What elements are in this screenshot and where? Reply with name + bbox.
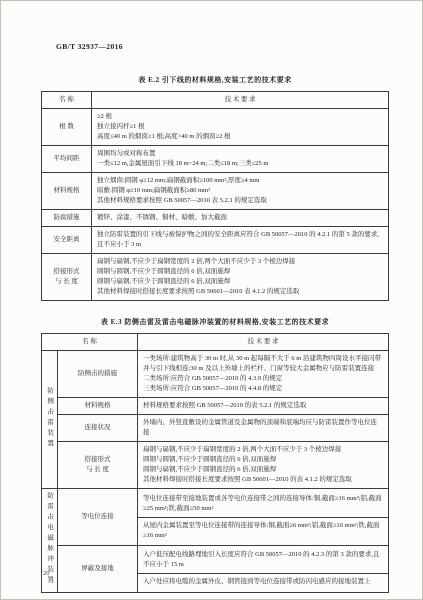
tech-subcell: 一类场所:建筑物高于 30 m 时,从 30 m 起每隔不大于 6 m 沿建筑物… [138, 351, 388, 397]
cell-line: 周围均匀或对称布置 [97, 149, 383, 159]
tech-subcell: 入户处应将电缆的金属外皮、钢管接到等电位连接带或防闪电感应的接地装置上 [138, 573, 388, 590]
tech-cell: 镀锌、涂漆、不锈钢、铜材、暗敷、加大截面 [92, 210, 389, 227]
row-name: 搭接形式 与 长 度 [42, 254, 92, 301]
page-number: 20 [43, 570, 50, 577]
table-row: 防腐措施镀锌、涂漆、不锈钢、铜材、暗敷、加大截面 [42, 210, 389, 227]
table-row: 材料规格材料规格要求按照 GB 50057—2010 的表 5.2.1 的规定选… [42, 398, 389, 415]
document-page: GB/T 32937—2016 表 E.2 引下线的材料规格,安装工艺的技术要求… [0, 0, 423, 600]
col-header-name: 名 称 [42, 334, 138, 351]
cell-line: 扁钢与扁钢,不应少于扁钢宽度的 2 倍,两个大面不应少于 3 个棱边焊接 [143, 445, 383, 455]
tech-subcell: ≥2 根独立接闪杆≥1 根高度≤40 m 的烟囱≥1 根;高度>40 m 的烟囱… [92, 109, 388, 145]
tech-subcell: 镀锌、涂漆、不锈钢、铜材、暗敷、加大截面 [92, 210, 388, 226]
cell-line: 其他材料焊接时搭接长度要求按照 GB 50601—2010 表 4.1.2 的规… [97, 287, 383, 297]
tech-subcell: 外墙内、外竖直敷设的金属管道及金属物的顶端和底端均应与防雷装置作等电位连接 [138, 415, 388, 441]
cell-line: ≥2 根 [97, 112, 383, 122]
table-e3-title: 表 E.3 防侧击雷及雷击电磁脉冲装置的材料规格,安装工艺的技术要求 [41, 317, 389, 327]
table-row: 材料规格独立烟囱:圆钢 φ≥12 mm;扁钢截面积≥100 mm²,厚度≥4 m… [42, 173, 389, 210]
tech-subcell: 独立烟囱:圆钢 φ≥12 mm;扁钢截面积≥100 mm²,厚度≥4 mm暗敷:… [92, 173, 388, 209]
header-row: 名 称技 术 要 求 [42, 334, 389, 351]
cell-line: 扁钢与扁钢,不应少于扁钢宽度的 2 倍,两个大面不应少于 3 个棱边焊接 [97, 257, 383, 267]
tech-cell: ≥2 根独立接闪杆≥1 根高度≤40 m 的烟囱≥1 根;高度>40 m 的烟囱… [92, 109, 389, 146]
tech-subcell: 周围均匀或对称布置一类≤12 m,金属屋面引下线 18 m~24 m;二类≤18… [92, 146, 388, 172]
cell-line: 独立接闪杆≥1 根 [97, 122, 383, 132]
row-name: 材料规格 [58, 398, 138, 415]
tech-subcell: 材料规格要求按照 GB 50057—2010 的表 5.2.1 的规定选取 [138, 398, 388, 414]
table-e3-body: 名 称技 术 要 求防侧击雷装置防侧击的措施一类场所:建筑物高于 30 m 时,… [42, 334, 389, 593]
row-name: 平均间距 [42, 146, 92, 173]
tech-subcell: 扁钢与扁钢,不应少于扁钢宽度的 2 倍,两个大面不应少于 3 个棱边焊接圆钢与圆… [92, 254, 388, 300]
group-label: 防侧击雷装置 [42, 351, 58, 489]
tech-subcell: 从屋内金属装置至等电位连接带的连接导体:铜,截面≥6 mm²;铝,截面≥10 m… [138, 517, 388, 544]
tech-cell: 等电位连接带至接地装置或各等电位连接带之间的连接导体:铜,截面≥16 mm²;铝… [138, 489, 389, 546]
table-row: 防雷击电磁脉冲装置等电位连接等电位连接带至接地装置或各等电位连接带之间的连接导体… [42, 489, 389, 546]
table-e2-body: 名 称技 术 要 求根 数≥2 根独立接闪杆≥1 根高度≤40 m 的烟囱≥1 … [42, 92, 389, 301]
tech-subcell: 扁钢与扁钢,不应少于扁钢宽度的 2 倍,两个大面不应少于 3 个棱边焊接圆钢与圆… [138, 442, 388, 488]
tech-cell: 扁钢与扁钢,不应少于扁钢宽度的 2 倍,两个大面不应少于 3 个棱边焊接圆钢与圆… [138, 442, 389, 489]
row-name: 防腐措施 [42, 210, 92, 227]
cell-line: 独立烟囱:圆钢 φ≥12 mm;扁钢截面积≥100 mm²,厚度≥4 mm [97, 176, 383, 186]
row-name: 搭接形式 与 长 度 [58, 442, 138, 489]
table-row: 根 数≥2 根独立接闪杆≥1 根高度≤40 m 的烟囱≥1 根;高度>40 m … [42, 109, 389, 146]
cell-line: 镀锌、涂漆、不锈钢、铜材、暗敷、加大截面 [97, 213, 383, 223]
tech-cell: 独立烟囱:圆钢 φ≥12 mm;扁钢截面积≥100 mm²,厚度≥4 mm暗敷:… [92, 173, 389, 210]
cell-line: 材料规格要求按照 GB 50057—2010 的表 5.2.1 的规定选取 [143, 401, 383, 411]
table-e2-title: 表 E.2 引下线的材料规格,安装工艺的技术要求 [41, 75, 389, 85]
row-name: 连接状况 [58, 415, 138, 442]
table-e2: 名 称技 术 要 求根 数≥2 根独立接闪杆≥1 根高度≤40 m 的烟囱≥1 … [41, 91, 389, 301]
row-name: 防侧击的措施 [58, 351, 138, 398]
cell-line: 圆钢与圆钢,不应少于圆钢直径的 6 倍,双面施焊 [97, 267, 383, 277]
row-name: 屏蔽及接地 [58, 546, 138, 592]
page-content: 表 E.2 引下线的材料规格,安装工艺的技术要求 名 称技 术 要 求根 数≥2… [41, 67, 389, 593]
col-header-tech: 技 术 要 求 [138, 334, 389, 351]
table-row: 防侧击雷装置防侧击的措施一类场所:建筑物高于 30 m 时,从 30 m 起每隔… [42, 351, 389, 398]
table-row: 连接状况外墙内、外竖直敷设的金属管道及金属物的顶端和底端均应与防雷装置作等电位连… [42, 415, 389, 442]
table-row: 搭接形式 与 长 度扁钢与扁钢,不应少于扁钢宽度的 2 倍,两个大面不应少于 3… [42, 442, 389, 489]
row-name: 材料规格 [42, 173, 92, 210]
tech-cell: 材料规格要求按照 GB 50057—2010 的表 5.2.1 的规定选取 [138, 398, 389, 415]
tech-subcell: 入户低压配电线路埋地引入长度应符合 GB 50057—2010 的 4.2.3 … [138, 547, 388, 573]
row-name: 安全距离 [42, 227, 92, 254]
row-name: 根 数 [42, 109, 92, 146]
tech-cell: 外墙内、外竖直敷设的金属管道及金属物的顶端和底端均应与防雷装置作等电位连接 [138, 415, 389, 442]
cell-line: 一类场所:建筑物高于 30 m 时,从 30 m 起每隔不大于 6 m 沿建筑物… [143, 354, 383, 374]
cell-line: 圆钢与圆钢,不应少于圆钢直径的 6 倍,双面施焊 [143, 455, 383, 465]
cell-line: 独立防雷装置的引下线与被保护物之间的安全距离应符合 GB 50057—2010 … [97, 230, 383, 250]
cell-line: 圆钢与扁钢,不应少于圆钢直径的 6 倍,双面施焊 [97, 277, 383, 287]
table-row: 搭接形式 与 长 度扁钢与扁钢,不应少于扁钢宽度的 2 倍,两个大面不应少于 3… [42, 254, 389, 301]
table-row: 平均间距周围均匀或对称布置一类≤12 m,金属屋面引下线 18 m~24 m;二… [42, 146, 389, 173]
table-row: 屏蔽及接地入户低压配电线路埋地引入长度应符合 GB 50057—2010 的 4… [42, 546, 389, 592]
tech-subcell: 独立防雷装置的引下线与被保护物之间的安全距离应符合 GB 50057—2010 … [92, 227, 388, 253]
cell-line: 入户处应将电缆的金属外皮、钢管接到等电位连接带或防闪电感应的接地装置上 [143, 577, 383, 587]
standard-number: GB/T 32937—2016 [56, 42, 123, 51]
cell-line: 入户低压配电线路埋地引入长度应符合 GB 50057—2010 的 4.2.3 … [143, 550, 383, 570]
cell-line: 外墙内、外竖直敷设的金属管道及金属物的顶端和底端均应与防雷装置作等电位连接 [143, 418, 383, 438]
tech-cell: 一类场所:建筑物高于 30 m 时,从 30 m 起每隔不大于 6 m 沿建筑物… [138, 351, 389, 398]
table-row: 安全距离独立防雷装置的引下线与被保护物之间的安全距离应符合 GB 50057—2… [42, 227, 389, 254]
tech-subcell: 等电位连接带至接地装置或各等电位连接带之间的连接导体:铜,截面≥16 mm²;铝… [138, 491, 388, 517]
col-header-tech: 技 术 要 求 [92, 92, 389, 109]
col-header-name: 名 称 [42, 92, 92, 109]
cell-line: 一类≤12 m,金属屋面引下线 18 m~24 m;二类≤18 m;三类≤25 … [97, 159, 383, 169]
tech-cell: 入户低压配电线路埋地引入长度应符合 GB 50057—2010 的 4.2.3 … [138, 546, 389, 592]
header-row: 名 称技 术 要 求 [42, 92, 389, 109]
tech-cell: 扁钢与扁钢,不应少于扁钢宽度的 2 倍,两个大面不应少于 3 个棱边焊接圆钢与圆… [92, 254, 389, 301]
cell-line: 二类场所:应符合 GB 50057—2010 的 4.3.9 的规定 [143, 374, 383, 384]
tech-cell: 周围均匀或对称布置一类≤12 m,金属屋面引下线 18 m~24 m;二类≤18… [92, 146, 389, 173]
cell-line: 其他材料规格要求按照 GB 50057—2010 表 5.2.1 的规定选取 [97, 196, 383, 206]
cell-line: 圆钢与扁钢,不应少于圆钢直径的 6 倍,双面施焊 [143, 465, 383, 475]
group-label-text: 防侧击雷装置 [46, 387, 53, 450]
tech-cell: 独立防雷装置的引下线与被保护物之间的安全距离应符合 GB 50057—2010 … [92, 227, 389, 254]
cell-line: 暗敷:圆钢 φ≥10 mm;扁钢截面积≥80 mm² [97, 186, 383, 196]
row-name: 等电位连接 [58, 489, 138, 546]
table-e3: 名 称技 术 要 求防侧击雷装置防侧击的措施一类场所:建筑物高于 30 m 时,… [41, 333, 389, 593]
cell-line: 从屋内金属装置至等电位连接带的连接导体:铜,截面≥6 mm²;铝,截面≥10 m… [143, 521, 383, 541]
cell-line: 三类场所:应符合 GB 50057—2010 的 4.4.8 的规定 [143, 384, 383, 394]
cell-line: 高度≤40 m 的烟囱≥1 根;高度>40 m 的烟囱≥2 根 [97, 132, 383, 142]
cell-line: 等电位连接带至接地装置或各等电位连接带之间的连接导体:铜,截面≥16 mm²;铝… [143, 494, 383, 514]
cell-line: 其他材料焊接时搭接长度要求按照 GB 50601—2010 的表 4.1.2 的… [143, 475, 383, 485]
